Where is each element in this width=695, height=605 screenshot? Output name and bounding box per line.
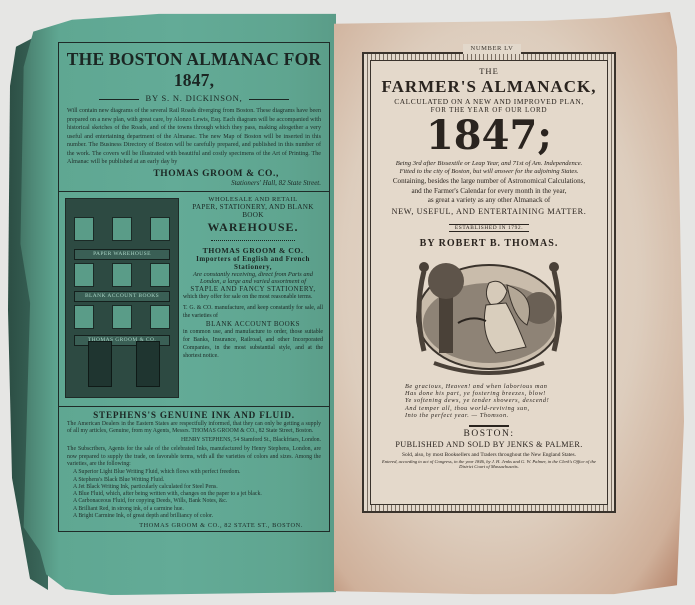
established-line: ESTABLISHED IN 1792.	[449, 224, 529, 232]
thomson-verse: Be gracious, Heaven! and when laborious …	[371, 383, 607, 420]
ink-variety-list: A Superior Light Blue Writing Fluid, whi…	[59, 469, 329, 520]
warehouse-headline: WAREHOUSE.	[183, 220, 323, 235]
contents-line: and the Farmer's Calendar for every mont…	[371, 187, 607, 197]
copyright-line: Entered, according to act of Congress, i…	[371, 458, 607, 471]
almanack-title: FARMER'S ALMANACK,	[371, 77, 607, 97]
window-row	[74, 305, 170, 329]
verse-line: Ye softening dews, ye tender showers, de…	[405, 397, 607, 404]
window	[112, 305, 132, 329]
verse-line: Into the perfect year. — Thomson.	[405, 412, 607, 419]
window	[112, 217, 132, 241]
stationery-line: PAPER, STATIONERY, AND BLANK BOOK	[183, 203, 323, 219]
verse-line: Be gracious, Heaven! and when laborious …	[405, 383, 607, 390]
publisher-line: PUBLISHED AND SOLD BY JENKS & PALMER.	[371, 440, 607, 449]
ink-ad-paragraph: The Subscribers, Agents for the sale of …	[59, 445, 329, 469]
window	[150, 217, 170, 241]
matter-line: NEW, USEFUL, AND ENTERTAINING MATTER.	[371, 207, 607, 216]
publication-city: BOSTON:	[371, 429, 607, 439]
rule	[469, 425, 509, 427]
greek-key-border: THE FARMER'S ALMANACK, CALCULATED ON A N…	[362, 52, 616, 513]
ink-ad-paragraph: The American Dealers in the Eastern Stat…	[59, 420, 329, 437]
sold-also-line: Sold, also, by most Booksellers and Trad…	[371, 452, 607, 458]
warehouse-ad: WHOLESALE AND RETAIL PAPER, STATIONERY, …	[183, 196, 323, 360]
ink-variety-item: A Brilliant Red, in strong ink, of a car…	[73, 506, 321, 513]
title-page-content: THE FARMER'S ALMANACK, CALCULATED ON A N…	[370, 60, 608, 505]
terms-line: which they offer for sale on the most re…	[183, 293, 323, 301]
window	[150, 263, 170, 287]
blank-books-line: BLANK ACCOUNT BOOKS	[183, 320, 323, 328]
engraving-illustration	[394, 253, 584, 381]
boston-almanac-byline: BY S. N. DICKINSON,	[59, 93, 329, 103]
staple-line: STAPLE AND FANCY STATIONERY,	[183, 285, 323, 293]
fitted-line: Fitted to the city of Boston, but will a…	[371, 168, 607, 175]
window	[74, 263, 94, 287]
ink-variety-item: A Bright Carmine Ink, of great depth and…	[73, 513, 321, 520]
advertisement-frame: THE BOSTON ALMANAC FOR 1847, BY S. N. DI…	[58, 42, 330, 532]
building-engraving: PAPER WAREHOUSE BLANK ACCOUNT BOOKS THOM…	[65, 198, 179, 398]
contents-line: as great a variety as any other Almanack…	[371, 196, 607, 206]
boston-almanac-title: THE BOSTON ALMANAC FOR 1847,	[59, 49, 329, 91]
ornamental-rule	[211, 240, 295, 241]
leap-year-line: Being 3rd after Bissextile or Leap Year,…	[371, 160, 607, 167]
warehouse-section: PAPER WAREHOUSE BLANK ACCOUNT BOOKS THOM…	[59, 192, 329, 402]
wholesale-line: WHOLESALE AND RETAIL	[183, 196, 323, 203]
boston-almanac-description: Will contain new diagrams of the several…	[59, 103, 329, 167]
divider	[59, 406, 329, 407]
subtitle-plan: CALCULATED ON A NEW AND IMPROVED PLAN,	[371, 97, 607, 106]
title-article: THE	[371, 66, 607, 76]
door	[88, 341, 112, 387]
building-sign: BLANK ACCOUNT BOOKS	[74, 291, 170, 302]
building-sign: PAPER WAREHOUSE	[74, 249, 170, 260]
father-time-engraving	[394, 253, 584, 381]
company-name: THOMAS GROOM & CO.	[183, 246, 323, 255]
importers-line: Importers of English and French Statione…	[183, 255, 323, 271]
ink-ad-signature: HENRY STEPHENS, 54 Stamford St., Blackfr…	[59, 436, 329, 445]
author-line: BY ROBERT B. THOMAS.	[371, 238, 607, 249]
window	[74, 217, 94, 241]
window-row	[74, 217, 170, 241]
ink-ad-title: STEPHENS'S GENUINE INK AND FLUID.	[59, 410, 329, 420]
boston-almanac-address: Stationers' Hall, 82 State Street.	[59, 179, 329, 187]
manufacture-line: T. G. & CO. manufacture, and keep consta…	[183, 304, 323, 320]
custom-order-line: in common use, and manufacture to order,…	[183, 328, 323, 360]
window	[150, 305, 170, 329]
ink-variety-item: A Carbonaceous Fluid, for copying Deeds,…	[73, 498, 321, 505]
window	[112, 263, 132, 287]
window	[74, 305, 94, 329]
boston-almanac-publisher: THOMAS GROOM & CO.,	[59, 169, 329, 179]
verse-line: Has done his part, ye fostering breezes,…	[405, 390, 607, 397]
contents-line: Containing, besides the large number of …	[371, 177, 607, 187]
ink-variety-item: A Stephens's Black Blue Writing Fluid.	[73, 477, 321, 484]
receiving-line: Are constantly receiving, direct from Pa…	[183, 271, 323, 285]
year-1847: 1847;	[371, 116, 607, 156]
door	[136, 341, 160, 387]
ink-ad-footer: THOMAS GROOM & CO., 82 STATE ST., BOSTON…	[59, 522, 329, 529]
verse-line: And temper all, thou world-reviving sun,	[405, 405, 607, 412]
number-label: NUMBER LV	[463, 44, 521, 54]
ink-variety-item: A Superior Light Blue Writing Fluid, whi…	[73, 469, 321, 476]
window-row	[74, 263, 170, 287]
